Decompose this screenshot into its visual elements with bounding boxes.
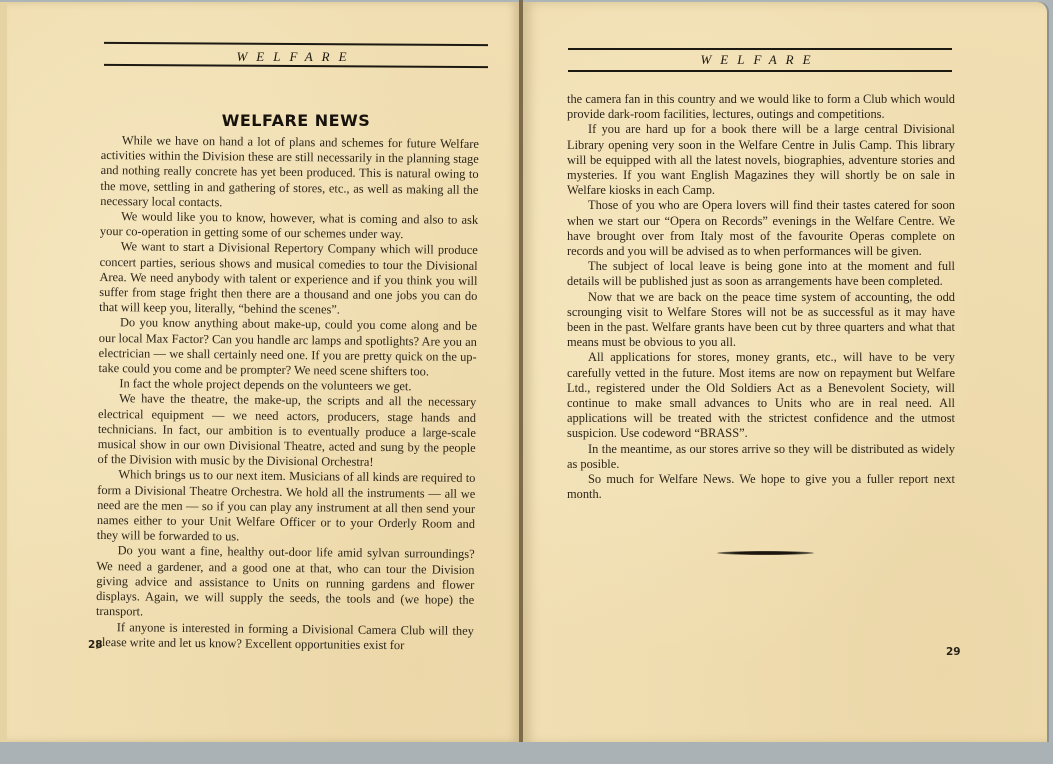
running-head-left: WELFARE (104, 49, 488, 65)
paragraph: All applications for stores, money grant… (567, 350, 955, 441)
header-rule-top-right (568, 48, 952, 50)
booklet-spread: WELFARE WELFARE NEWS While we have on ha… (0, 0, 1053, 764)
paragraph: Now that we are back on the peace time s… (567, 290, 955, 351)
paragraph: If anyone is interested in forming a Div… (96, 619, 474, 653)
paragraph: Do you want a fine, healthy out-door lif… (96, 543, 475, 623)
paragraph: We would like you to know, however, what… (100, 209, 478, 243)
paragraph: The subject of local leave is being gone… (567, 259, 955, 289)
right-page-body: the camera fan in this country and we wo… (567, 92, 955, 502)
paragraph: Which brings us to our next item. Musici… (97, 467, 476, 547)
paragraph: We want to start a Divisional Repertory … (99, 239, 478, 319)
paragraph: So much for Welfare News. We hope to giv… (567, 472, 955, 502)
page-number-right: 29 (946, 646, 961, 658)
end-ornament-rule (717, 551, 814, 555)
paragraph: In the meantime, as our stores arrive so… (567, 442, 955, 472)
book-spine (519, 0, 523, 742)
paragraph: We have the theatre, the make-up, the sc… (97, 391, 476, 471)
scan-background-strip (0, 742, 1053, 764)
paragraph: If you are hard up for a book there will… (567, 122, 955, 198)
paragraph: Those of you who are Opera lovers will f… (567, 198, 955, 259)
paragraph: Do you know anything about make-up, coul… (98, 315, 477, 380)
running-head-right: WELFARE (568, 52, 952, 68)
header-rule-bottom-right (568, 70, 952, 72)
page-number-left: 28 (88, 639, 103, 651)
continuation-paragraph: the camera fan in this country and we wo… (567, 92, 955, 122)
paragraph: While we have on hand a lot of plans and… (100, 133, 479, 213)
left-page-body: While we have on hand a lot of plans and… (96, 133, 479, 654)
article-title: WELFARE NEWS (104, 111, 488, 130)
